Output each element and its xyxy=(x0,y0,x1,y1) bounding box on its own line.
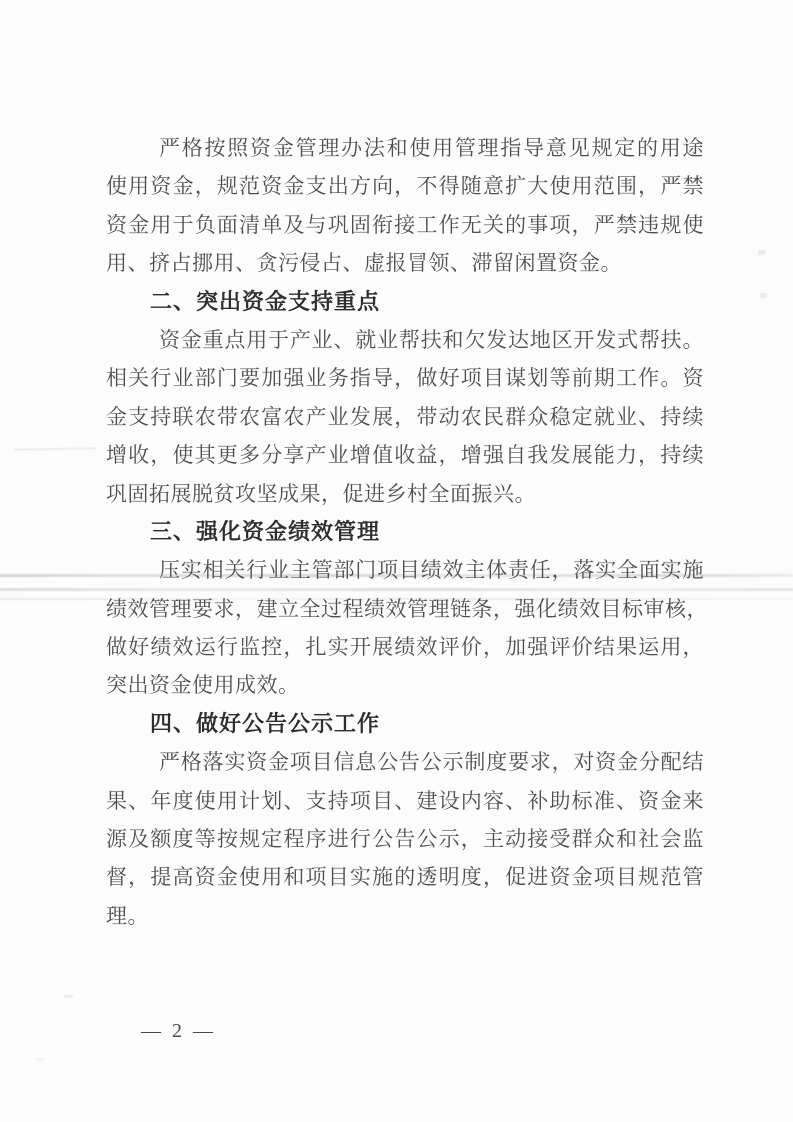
scan-speck-artifact xyxy=(36,1058,44,1061)
section-heading-4: 四、做好公告公示工作 xyxy=(106,705,704,743)
paragraph-line: 严格落实资金项目信息公告公示制度要求，对资金分配结 xyxy=(106,743,704,781)
paragraph-line: 严格按照资金管理办法和使用管理指导意见规定的用途 xyxy=(106,129,704,167)
section-heading-3: 三、强化资金绩效管理 xyxy=(106,513,704,551)
paragraph-line: 金支持联农带农富农产业发展，带动农民群众稳定就业、持续 xyxy=(106,398,704,436)
section-heading-2: 二、突出资金支持重点 xyxy=(106,283,704,321)
paragraph-line: 巩固拓展脱贫攻坚成果，促进乡村全面振兴。 xyxy=(106,475,704,513)
scan-speck-artifact xyxy=(758,250,765,255)
paragraph-line: 做好绩效运行监控，扎实开展绩效评价，加强评价结果运用， xyxy=(106,628,704,666)
paragraph-line: 突出资金使用成效。 xyxy=(106,666,704,704)
scan-speck-artifact xyxy=(64,995,73,998)
paragraph-line: 源及额度等按规定程序进行公告公示，主动接受群众和社会监 xyxy=(106,820,704,858)
paragraph-line: 压实相关行业主管部门项目绩效主体责任，落实全面实施 xyxy=(106,551,704,589)
paragraph-line: 督，提高资金使用和项目实施的透明度，促进资金项目规范管 xyxy=(106,858,704,896)
paragraph-line: 理。 xyxy=(106,897,704,935)
paragraph-line: 资金用于负面清单及与巩固衔接工作无关的事项，严禁违规使 xyxy=(106,206,704,244)
paragraph-line: 资金重点用于产业、就业帮扶和欠发达地区开发式帮扶。 xyxy=(106,321,704,359)
page-number: — 2 — xyxy=(141,1020,216,1043)
paragraph-line: 果、年度使用计划、支持项目、建设内容、补助标准、资金来 xyxy=(106,782,704,820)
scan-streak-artifact xyxy=(14,447,96,450)
scanned-document-page: 严格按照资金管理办法和使用管理指导意见规定的用途 使用资金，规范资金支出方向，不… xyxy=(0,0,793,1122)
scan-speck-artifact xyxy=(760,293,767,298)
paragraph-line: 绩效管理要求，建立全过程绩效管理链条，强化绩效目标审核， xyxy=(106,590,704,628)
paragraph-line: 使用资金，规范资金支出方向，不得随意扩大使用范围，严禁 xyxy=(106,167,704,205)
paragraph-line: 用、挤占挪用、贪污侵占、虚报冒领、滞留闲置资金。 xyxy=(106,244,704,282)
paragraph-line: 增收，使其更多分享产业增值收益，增强自我发展能力，持续 xyxy=(106,436,704,474)
paragraph-line: 相关行业部门要加强业务指导，做好项目谋划等前期工作。资 xyxy=(106,359,704,397)
document-body: 严格按照资金管理办法和使用管理指导意见规定的用途 使用资金，规范资金支出方向，不… xyxy=(106,129,704,935)
